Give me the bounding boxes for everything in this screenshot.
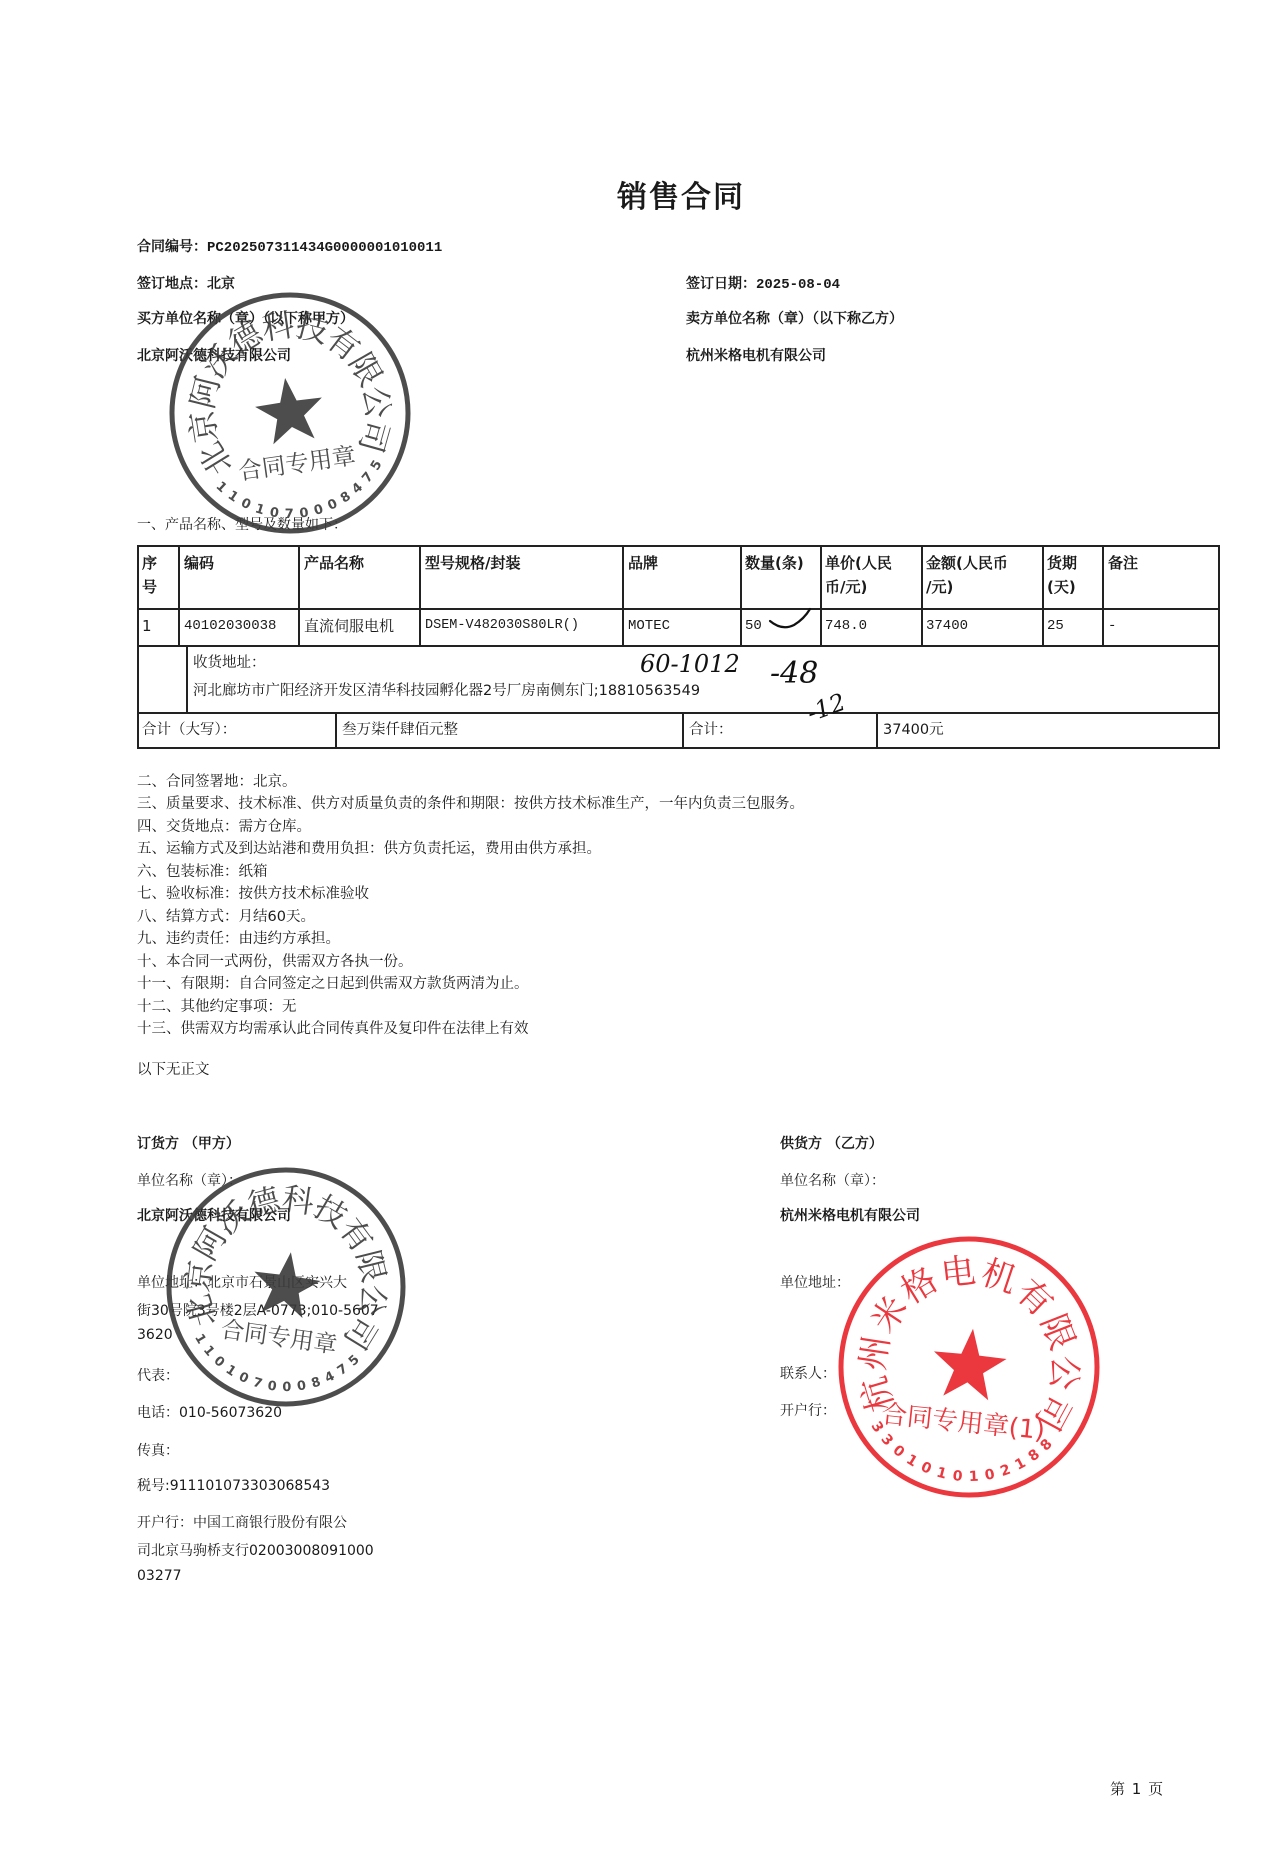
svg-text:8: 8 (1025, 1446, 1042, 1465)
row-model: DSEM-V482030S80LR() (425, 614, 579, 638)
header-brand: 品牌 (628, 551, 658, 575)
header-code: 编码 (184, 551, 214, 575)
svg-text:1: 1 (968, 1469, 978, 1485)
svg-text:电: 电 (939, 1251, 978, 1295)
buyer-unit-name: 北京阿沃德科技有限公司 (137, 1205, 291, 1225)
svg-text:2: 2 (998, 1462, 1013, 1480)
clause-item: 七、验收标准：按供方技术标准验收 (137, 882, 369, 903)
clause-item: 十、本合同一式两份，供需双方各执一份。 (137, 950, 413, 971)
clause-item: 四、交货地点：需方仓库。 (137, 815, 311, 836)
contract-number: 合同编号：PC202507311434G0000001010011 (137, 236, 442, 256)
svg-text:1: 1 (1012, 1455, 1028, 1474)
svg-text:8: 8 (338, 489, 354, 506)
seller-contact-label: 联系人： (780, 1363, 836, 1383)
seller-name: 杭州米格电机有限公司 (686, 345, 826, 365)
clause-item: 九、违约责任：由违约方承担。 (137, 927, 340, 948)
buyer-bank-line: 司北京马驹桥支行02003008091000 (137, 1540, 374, 1560)
header-quantity: 数量(条) (745, 551, 804, 575)
svg-text:1: 1 (191, 1331, 208, 1346)
svg-text:北: 北 (191, 435, 240, 482)
svg-text:有: 有 (1008, 1272, 1061, 1325)
svg-text:1: 1 (903, 1452, 920, 1471)
total-uppercase: 叁万柒仟肆佰元整 (342, 718, 458, 742)
sign-place: 签订地点：北京 (137, 273, 235, 293)
table-border (1218, 545, 1220, 749)
delivery-address: 河北廊坊市广阳经济开发区清华科技园孵化器2号厂房南侧东门;18810563549 (193, 679, 700, 703)
svg-text:格: 格 (894, 1260, 944, 1312)
row-index: 1 (142, 614, 152, 638)
svg-text:0: 0 (890, 1442, 908, 1461)
sign-date-label: 签订日期： (686, 276, 756, 292)
seller-label: 卖方单位名称（章）（以下称乙方） (686, 308, 903, 328)
seller-unit-name-label: 单位名称（章）： (780, 1170, 885, 1190)
header-model: 型号规格/封装 (425, 551, 520, 575)
table-border (137, 712, 1220, 714)
svg-text:3: 3 (878, 1431, 896, 1449)
buyer-representative: 代表： (137, 1365, 179, 1385)
svg-text:公: 公 (356, 384, 398, 420)
svg-text:1: 1 (225, 488, 241, 505)
svg-text:7: 7 (359, 470, 376, 487)
total-value: 37400元 (883, 718, 944, 742)
table-border (740, 545, 742, 645)
svg-text:5: 5 (368, 458, 386, 473)
svg-text:有: 有 (332, 1212, 380, 1259)
row-brand: MOTEC (628, 614, 670, 638)
svg-text:司: 司 (1026, 1387, 1078, 1436)
svg-text:限: 限 (1032, 1309, 1082, 1356)
svg-text:0: 0 (282, 1380, 291, 1395)
total-uppercase-label: 合计（大写）： (142, 718, 236, 742)
svg-text:公: 公 (1043, 1354, 1085, 1391)
svg-text:米: 米 (864, 1289, 916, 1340)
contract-number-label: 合同编号： (137, 239, 207, 255)
svg-text:杭: 杭 (854, 1372, 902, 1416)
svg-text:1: 1 (935, 1465, 948, 1483)
table-border (820, 545, 822, 645)
row-lead-time: 25 (1047, 614, 1064, 638)
delivery-address-label: 收货地址： (193, 651, 266, 675)
table-border (921, 545, 923, 645)
svg-text:4: 4 (323, 1369, 338, 1386)
header-unit-price: 单价(人民币/元) (825, 551, 892, 599)
svg-text:0: 0 (952, 1468, 964, 1485)
row-quantity: 50 (745, 614, 762, 638)
svg-text:0: 0 (267, 1379, 278, 1395)
table-border (137, 645, 1220, 647)
row-product-name: 直流伺服电机 (304, 614, 394, 638)
header-amount: 金额(人民币/元) (926, 551, 1008, 599)
seller-bank-label: 开户行： (780, 1400, 836, 1420)
svg-text:7: 7 (251, 1375, 264, 1392)
svg-text:0: 0 (211, 1353, 228, 1370)
buyer-tax-number: 税号:911101073303068543 (137, 1475, 330, 1495)
svg-text:0: 0 (918, 1459, 933, 1478)
buyer-address-line: 街30号院3号楼2层A-0773;010-5607 (137, 1300, 379, 1320)
buyer-name: 北京阿沃德科技有限公司 (137, 345, 291, 365)
clause-item: 五、运输方式及到达站港和费用负担：供方负责托运，费用由供方承担。 (137, 837, 601, 858)
svg-text:3: 3 (868, 1419, 887, 1436)
table-border (1042, 545, 1044, 645)
svg-text:1: 1 (213, 479, 230, 496)
buyer-address-line: 单位地址：北京市石景山区实兴大 (137, 1272, 347, 1292)
clause-item: 十三、供需双方均需承认此合同传真件及复印件在法律上有效 (137, 1017, 529, 1038)
row-amount: 37400 (926, 614, 968, 638)
document-title: 销售合同 (0, 172, 1280, 216)
buyer-bank-line: 03277 (137, 1568, 182, 1584)
table-border (622, 545, 624, 645)
svg-text:0: 0 (326, 496, 341, 513)
table-border (419, 545, 421, 645)
clause-item: 六、包装标准：纸箱 (137, 860, 268, 881)
svg-text:1: 1 (200, 1343, 217, 1360)
table-border (682, 712, 684, 749)
table-border (1102, 545, 1104, 645)
svg-text:8: 8 (1037, 1436, 1055, 1454)
svg-text:司: 司 (351, 416, 396, 457)
seller-unit-name: 杭州米格电机有限公司 (780, 1205, 920, 1225)
row-unit-price: 748.0 (825, 614, 867, 638)
svg-text:技: 技 (307, 1189, 353, 1236)
svg-text:0: 0 (236, 1370, 250, 1387)
sign-place-value: 北京 (207, 276, 235, 292)
buyer-phone: 电话：010-56073620 (137, 1402, 282, 1422)
svg-text:1: 1 (223, 1362, 239, 1379)
svg-text:机: 机 (976, 1253, 1021, 1302)
header-remark: 备注 (1108, 551, 1138, 575)
row-remark: - (1108, 614, 1116, 638)
table-border (137, 545, 139, 749)
buyer-bank-line: 开户行：中国工商银行股份有限公 (137, 1512, 347, 1532)
table-border (298, 545, 300, 645)
table-border (186, 645, 188, 712)
contract-number-value: PC202507311434G0000001010011 (207, 240, 442, 256)
sign-date: 签订日期：2025-08-04 (686, 273, 840, 293)
svg-text:限: 限 (349, 1247, 392, 1286)
table-border (137, 747, 1220, 749)
svg-text:阿: 阿 (183, 372, 228, 412)
svg-text:8: 8 (310, 1375, 323, 1392)
svg-text:4: 4 (349, 480, 366, 497)
clause-item: 二、合同签署地：北京。 (137, 770, 297, 791)
row-code: 40102030038 (184, 614, 276, 638)
buyer-fax: 传真： (137, 1440, 179, 1460)
table-border (876, 712, 878, 749)
svg-text:州: 州 (853, 1333, 898, 1373)
seller-address-label: 单位地址： (780, 1272, 850, 1292)
buyer-heading: 订货方 （甲方） (137, 1133, 240, 1153)
sign-place-label: 签订地点： (137, 276, 207, 292)
header-lead-time: 货期(天) (1047, 551, 1077, 599)
end-note: 以下无正文 (137, 1058, 210, 1079)
buyer-unit-name-label: 单位名称（章）： (137, 1170, 242, 1190)
table-border (178, 545, 180, 645)
header-product-name: 产品名称 (304, 551, 364, 575)
svg-text:限: 限 (341, 346, 390, 393)
table-border (335, 712, 337, 749)
clause-item: 八、结算方式：月结60天。 (137, 905, 315, 926)
total-label: 合计： (689, 718, 733, 742)
svg-text:合同专用章(1): 合同专用章(1) (880, 1399, 1046, 1446)
svg-text:0: 0 (238, 496, 253, 513)
svg-text:合同专用章: 合同专用章 (219, 1315, 339, 1359)
header-index: 序号 (142, 551, 157, 599)
clause-item: 十一、有限期：自合同签定之日起到供需双方款货两清为止。 (137, 972, 529, 993)
clause-item: 十二、其他约定事项：无 (137, 995, 297, 1016)
svg-text:京: 京 (182, 408, 224, 445)
svg-text:7: 7 (335, 1361, 351, 1378)
buyer-address-line: 3620 (137, 1327, 173, 1343)
sign-date-value: 2025-08-04 (756, 277, 840, 293)
clause-item: 三、质量要求、技术标准、供方对质量负责的条件和期限：按供方技术标准生产，一年内负… (137, 792, 804, 813)
section-1-heading: 一、产品名称、型号及数量如下： (137, 514, 347, 534)
svg-text:5: 5 (346, 1352, 363, 1369)
page-number: 第 1 页 (1110, 1778, 1164, 1799)
seller-heading: 供货方 （乙方） (780, 1133, 883, 1153)
svg-text:0: 0 (296, 1378, 307, 1394)
buyer-label: 买方单位名称（章）（以下称甲方） (137, 308, 354, 328)
svg-text:阿: 阿 (187, 1221, 234, 1266)
product-table: 序号 编码 产品名称 型号规格/封装 品牌 数量(条) 单价(人民币/元) 金额… (137, 545, 1220, 749)
svg-text:合同专用章: 合同专用章 (237, 441, 358, 485)
svg-text:0: 0 (984, 1466, 997, 1484)
